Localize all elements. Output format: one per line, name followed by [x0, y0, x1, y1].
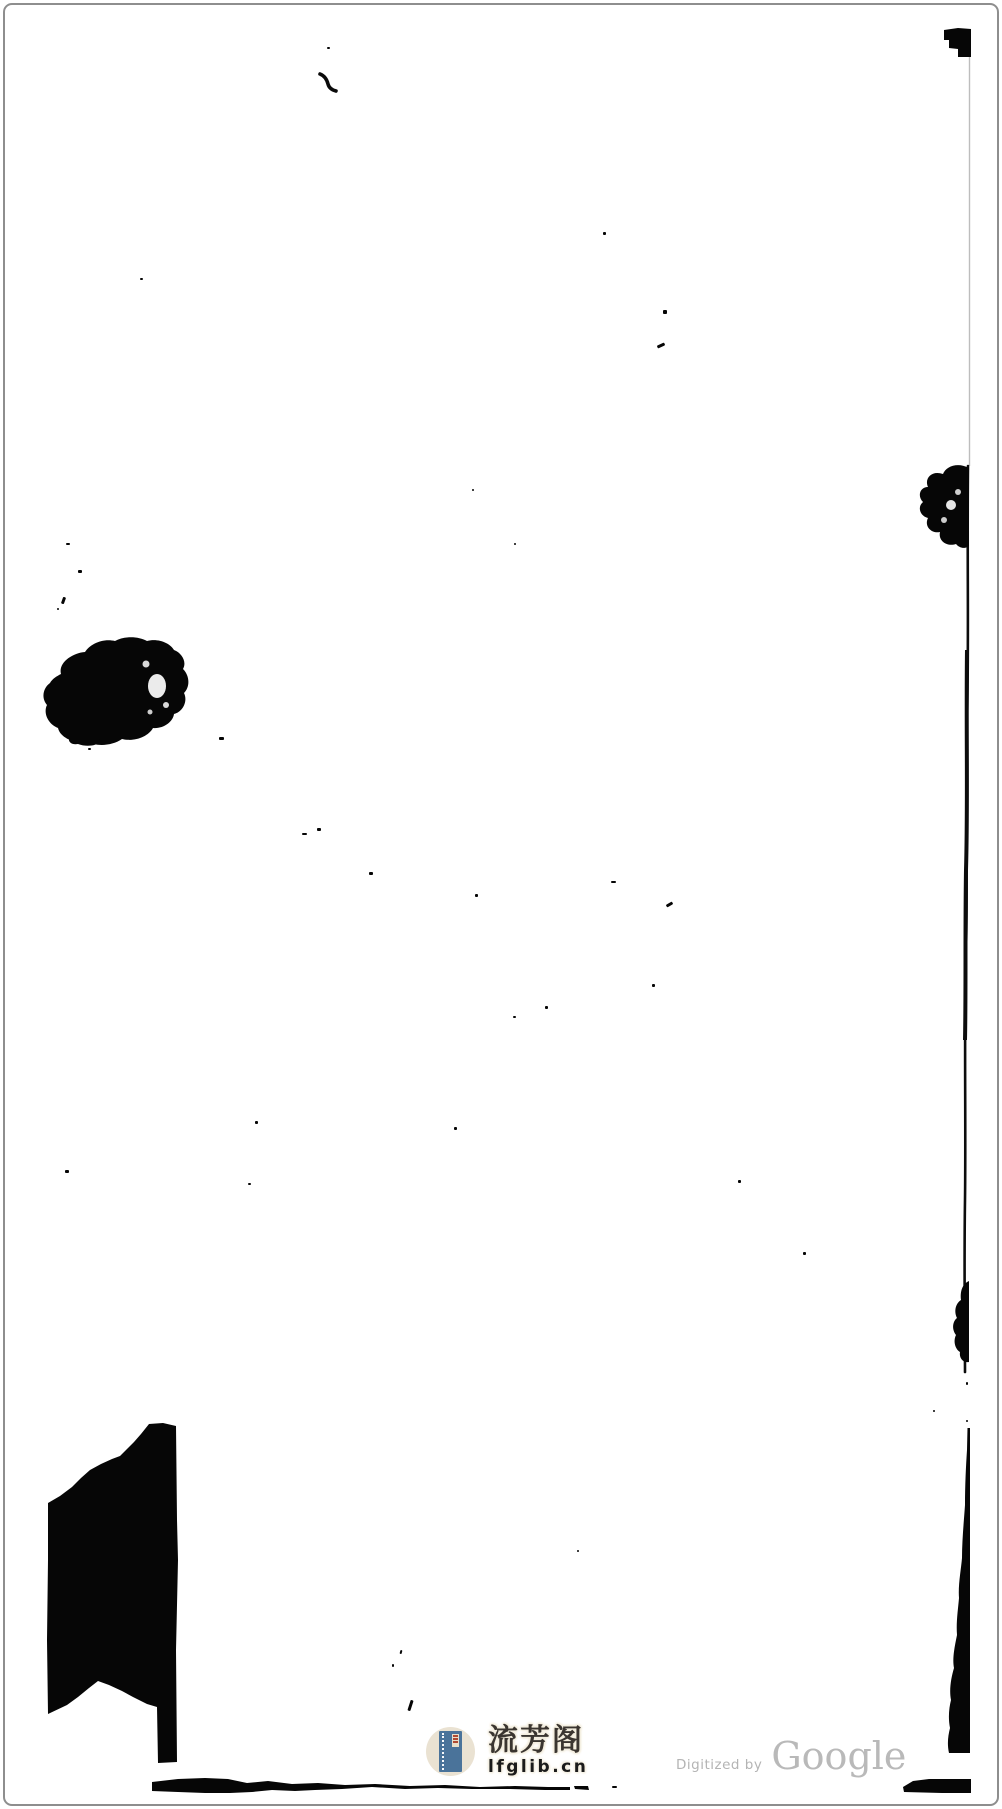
google-credit: Digitized by Google	[676, 1737, 906, 1775]
ink-speck	[514, 543, 516, 545]
scanned-page: 流芳阁 lfglib.cn Digitized by Google	[0, 0, 1002, 1809]
ink-speck	[454, 1127, 457, 1130]
ink-speck	[472, 489, 474, 491]
ink-speck	[248, 1183, 251, 1185]
watermark-text: 流芳阁 lfglib.cn	[488, 1726, 588, 1777]
bottom-smudge-stroke	[152, 1778, 589, 1793]
ink-speck	[513, 1016, 516, 1018]
ink-speck	[369, 872, 373, 875]
ink-speck	[78, 570, 82, 573]
lfglib-watermark: 流芳阁 lfglib.cn	[426, 1726, 588, 1777]
book-gutter-line	[965, 57, 970, 1372]
watermark-domain: lfglib.cn	[488, 1757, 588, 1777]
ink-speck	[652, 984, 655, 987]
ink-speck	[933, 1410, 935, 1412]
ink-speck	[545, 1006, 548, 1009]
ink-speck	[317, 828, 321, 831]
digitized-by-label: Digitized by	[676, 1757, 762, 1773]
ink-speck	[65, 1170, 69, 1173]
ink-speck	[219, 737, 224, 740]
ink-speck	[475, 894, 478, 897]
bottom-right-smudge	[903, 1779, 971, 1793]
gutter-blot-upper	[920, 465, 969, 548]
gutter-blot-lower	[953, 1281, 969, 1362]
ink-speck	[577, 1550, 579, 1552]
ink-blot-bottom-left	[47, 1423, 178, 1763]
google-logo: Google	[771, 1737, 906, 1775]
ink-speck	[803, 1252, 806, 1255]
ink-blot-top-left	[43, 637, 188, 745]
ink-speck	[663, 310, 667, 314]
ink-speck	[392, 1664, 394, 1667]
lfglib-logo-icon	[426, 1727, 475, 1776]
book-spine-stitches	[442, 1733, 444, 1770]
ink-speck	[302, 833, 307, 835]
ink-speck	[966, 1420, 968, 1422]
ink-speck	[140, 278, 143, 280]
ink-speck	[738, 1180, 741, 1183]
corner-mark-top-right	[944, 28, 971, 57]
comma-mark	[320, 74, 336, 91]
ink-speck	[66, 543, 70, 545]
ink-speck	[57, 608, 59, 610]
gutter-shadow-wedge	[948, 1428, 970, 1753]
ink-speck	[327, 47, 330, 49]
watermark-title: 流芳阁	[488, 1726, 588, 1756]
ink-speck	[603, 232, 606, 235]
book-icon	[439, 1731, 462, 1772]
book-title-label	[452, 1734, 459, 1747]
ink-speck	[612, 1786, 617, 1788]
ink-speck	[966, 1382, 968, 1385]
ink-speck	[255, 1121, 258, 1124]
ink-artifacts	[0, 0, 1002, 1809]
ink-speck	[88, 748, 91, 750]
ink-speck	[611, 881, 616, 883]
